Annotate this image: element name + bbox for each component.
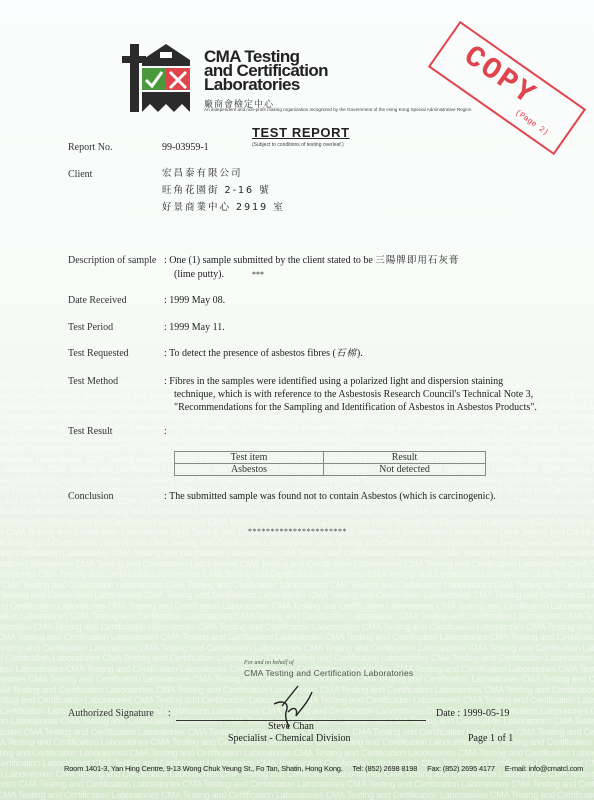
watermark-line: CMA Testing and Certification Laboratori… — [0, 475, 594, 486]
report-title: TEST REPORT — [252, 125, 350, 140]
date-signed: Date : 1999-05-19 — [436, 707, 509, 720]
test-method-line: "Recommendations for the Sampling and Id… — [174, 401, 537, 414]
test-requested-label: Test Requested — [68, 348, 129, 359]
description-value-line2: (lime putty).*** — [174, 268, 264, 281]
test-requested-value: : To detect the presence of asbestos fib… — [164, 347, 363, 360]
cma-logo-icon — [120, 42, 192, 114]
watermark-line: CMA Testing and Certification Laboratori… — [0, 653, 594, 664]
report-subtitle: (Subject to conditions of testing overle… — [252, 142, 344, 148]
table-header-cell: Result — [324, 452, 486, 464]
description-label: Description of sample — [68, 255, 156, 266]
watermark-line: CMA Testing and Certification Laboratori… — [0, 601, 594, 612]
table-cell: Asbestos — [175, 464, 324, 476]
stamp-page-text: (Page 2) — [513, 108, 550, 137]
client-label: Client — [68, 169, 92, 180]
signature-colon: : — [168, 707, 171, 720]
date-received-label: Date Received — [68, 295, 127, 306]
watermark-line: CMA Testing and Certification Laboratori… — [0, 790, 594, 800]
test-requested-text: : To detect the presence of asbestos fib… — [164, 348, 336, 359]
date-label: Date — [436, 708, 455, 719]
footer-fax: Fax: (852) 2695 4177 — [427, 764, 495, 773]
footer-address: Room 1401-3, Yan Hing Centre, 9-13 Wong … — [64, 764, 343, 773]
report-no-label: Report No. — [68, 142, 112, 153]
description-text: : One (1) sample submitted by the client… — [164, 255, 375, 266]
date-received-value: : 1999 May 08. — [164, 294, 225, 307]
watermark-line: CMA Testing and Certification Laboratori… — [0, 559, 594, 570]
report-no-value: 99-03959-1 — [162, 141, 209, 154]
conclusion-label: Conclusion — [68, 491, 114, 502]
test-requested-end: ). — [357, 348, 363, 359]
conclusion-value: : The submitted sample was found not to … — [164, 490, 496, 503]
on-behalf-label: For and on behalf of — [244, 660, 294, 666]
watermark-line: CMA Testing and Certification Laboratori… — [0, 748, 594, 759]
organization-tagline: An independent and non-profit making org… — [204, 107, 471, 112]
end-of-report-marker: ********************** — [248, 527, 347, 536]
description-marker: *** — [252, 270, 264, 279]
stamp-main-text: COPY — [457, 40, 542, 114]
on-behalf-org: CMA Testing and Certification Laboratori… — [244, 668, 413, 678]
footer-tel: Tel: (852) 2698 8198 — [352, 764, 417, 773]
test-method-line: technique, which is with reference to th… — [174, 388, 533, 401]
watermark-line: CMA Testing and Certification Laboratori… — [0, 580, 594, 591]
test-method-line: : Fibres in the samples were identified … — [164, 375, 503, 388]
watermark-line: CMA Testing and Certification Laboratori… — [0, 590, 594, 601]
signatory-title: Specialist - Chemical Division — [228, 732, 350, 745]
test-result-label: Test Result — [68, 426, 113, 437]
table-cell: Not detected — [324, 464, 486, 476]
watermark-line: CMA Testing and Certification Laboratori… — [0, 517, 594, 528]
watermark-line: CMA Testing and Certification Laboratori… — [0, 569, 594, 580]
test-period-value: : 1999 May 11. — [164, 321, 225, 334]
test-method-label: Test Method — [68, 376, 118, 387]
org-name-line: Laboratories — [204, 78, 328, 92]
watermark-line: CMA Testing and Certification Laboratori… — [0, 643, 594, 654]
description-text: (lime putty). — [174, 269, 224, 280]
watermark-line: CMA Testing and Certification Laboratori… — [0, 548, 594, 559]
authorized-signature-label: Authorized Signature — [68, 708, 154, 719]
test-requested-cn: 石棉 — [336, 348, 357, 359]
table-row: Asbestos Not detected — [175, 464, 486, 476]
watermark-line: CMA Testing and Certification Laboratori… — [0, 622, 594, 633]
copy-stamp: COPY (Page 2) — [428, 21, 586, 155]
description-value: : One (1) sample submitted by the client… — [164, 254, 459, 267]
watermark-line: CMA Testing and Certification Laboratori… — [0, 611, 594, 622]
organization-name: CMA Testing and Certification Laboratori… — [204, 50, 328, 92]
footer-contact: Room 1401-3, Yan Hing Centre, 9-13 Wong … — [64, 764, 591, 773]
client-line: 宏昌泰有限公司 — [162, 167, 243, 180]
client-line: 旺角花園街 2-16 號 — [162, 184, 271, 197]
client-line: 好景商業中心 2919 室 — [162, 201, 285, 214]
watermark-line: CMA Testing and Certification Laboratori… — [0, 779, 594, 790]
watermark-line: CMA Testing and Certification Laboratori… — [0, 506, 594, 517]
watermark-line: CMA Testing and Certification Laboratori… — [0, 538, 594, 549]
footer-email: E-mail: info@cmatcl.com — [505, 764, 583, 773]
page-indicator: Page 1 of 1 — [468, 732, 513, 745]
date-value: : 1999-05-19 — [457, 708, 509, 719]
test-result-colon: : — [164, 425, 167, 438]
results-table: Test item Result Asbestos Not detected — [174, 451, 486, 476]
table-header-cell: Test item — [175, 452, 324, 464]
watermark-line: CMA Testing and Certification Laboratori… — [0, 632, 594, 643]
table-header-row: Test item Result — [175, 452, 486, 464]
description-cn: 三陽牌即用石灰膏 — [375, 255, 459, 266]
test-period-label: Test Period — [68, 322, 113, 333]
